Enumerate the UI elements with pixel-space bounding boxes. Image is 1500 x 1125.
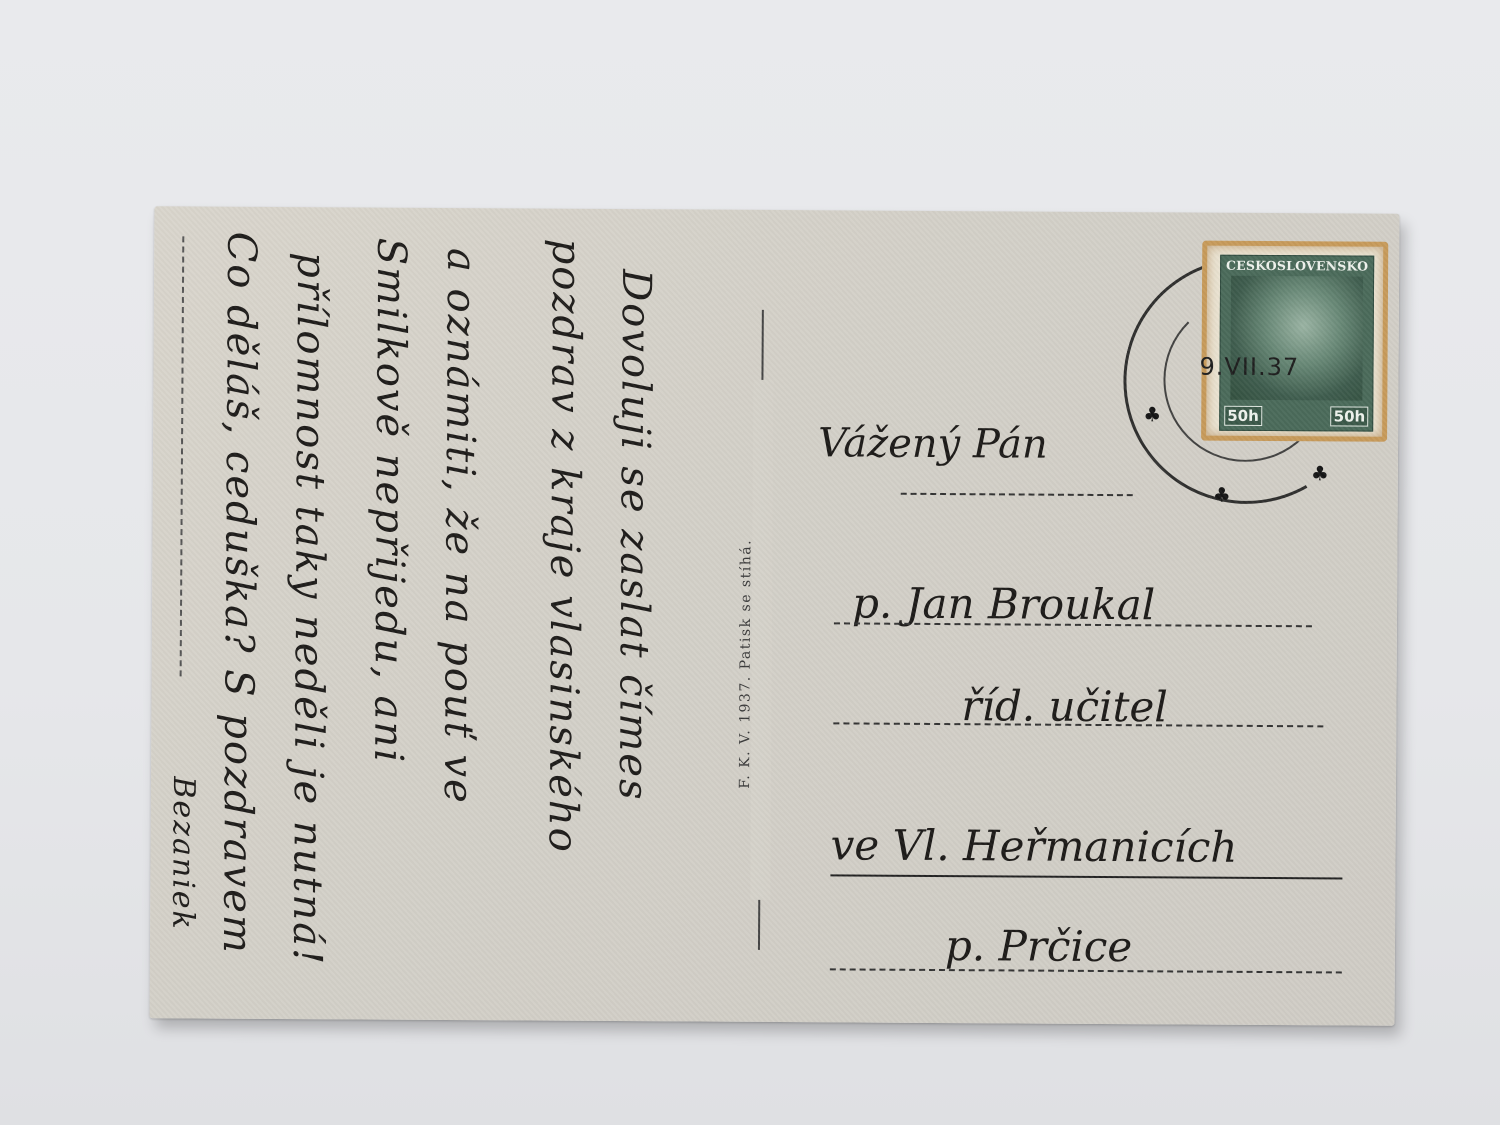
- address-name: p. Jan Broukal: [852, 578, 1155, 629]
- message-line: pozdrav z kraje vlasinského: [540, 239, 590, 854]
- address-town: ve Vl. Heřmanicích: [830, 820, 1237, 871]
- postcard: F. K. V. 1937. Patisk se stíhá. Dovoluji…: [150, 206, 1400, 1026]
- club-mark-icon: ♣: [1311, 461, 1329, 485]
- club-mark-icon: ♣: [1143, 402, 1161, 426]
- stamp-value-left: 50h: [1224, 406, 1262, 426]
- message-line: Co děláš, ceduška? S pozdravem: [214, 232, 264, 955]
- message-line: přílomnost taky neděli je nutná!: [284, 252, 334, 966]
- message-line: a oznámiti, že na pouť ve: [435, 248, 484, 805]
- portrait-icon: [1230, 276, 1363, 401]
- postmark-date: 9.VII.37: [1199, 353, 1299, 382]
- club-mark-icon: ♣: [1213, 483, 1231, 507]
- signature: Bezaniek: [165, 776, 201, 931]
- postage-stamp: CESKOSLOVENSKO 50h 50h: [1201, 241, 1388, 442]
- stamp-country-label: CESKOSLOVENSKO: [1221, 258, 1373, 274]
- address-salutation: Vážený Pán: [818, 420, 1048, 467]
- publisher-imprint: F. K. V. 1937. Patisk se stíhá.: [737, 539, 755, 789]
- message-line: Dovoluji se zaslat čímes: [610, 269, 659, 802]
- stamp-value-right: 50h: [1331, 406, 1369, 426]
- address-post-office: p. Prčice: [945, 921, 1133, 971]
- message-line: Smilkově nepřijedu, ani: [365, 238, 414, 765]
